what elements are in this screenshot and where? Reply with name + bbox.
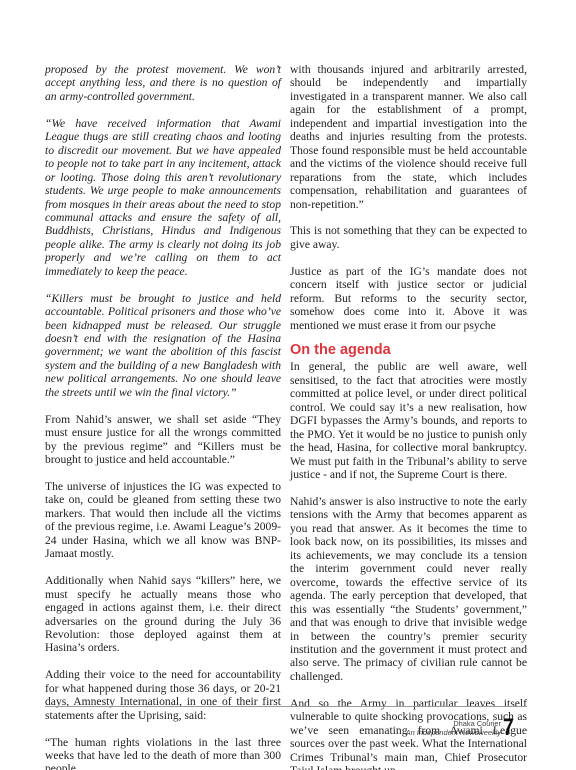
left-column: proposed by the protest movement. We won…	[45, 63, 281, 770]
paragraph: Adding their voice to the need for accou…	[45, 668, 281, 722]
paragraph: In general, the public are well aware, w…	[290, 360, 527, 481]
page-number: 7	[503, 715, 514, 741]
publication-name: Dhaka Courier	[406, 719, 501, 728]
paragraph: proposed by the protest movement. We won…	[45, 63, 281, 103]
paragraph: The universe of injustices the IG was ex…	[45, 480, 281, 561]
magazine-page: proposed by the protest movement. We won…	[0, 0, 576, 770]
paragraph: This is not something that they can be e…	[290, 224, 527, 251]
paragraph: Additionally when Nahid says “killers” h…	[45, 574, 281, 655]
footer-masthead: Dhaka Courier An Independent Newsweekly	[406, 719, 501, 737]
quote-paragraph: “We have received information that Awami…	[45, 117, 281, 278]
paragraph: Justice as part of the IG’s mandate does…	[290, 265, 527, 332]
paragraph: Nahid’s answer is also instructive to no…	[290, 495, 527, 683]
paragraph: From Nahid’s answer, we shall set aside …	[45, 413, 281, 467]
paragraph: with thousands injured and arbitrarily a…	[290, 63, 527, 211]
quote-paragraph: “The human rights violations in the last…	[45, 736, 281, 770]
section-heading: On the agenda	[290, 342, 527, 358]
publication-tagline: An Independent Newsweekly	[406, 728, 501, 737]
right-column: with thousands injured and arbitrarily a…	[290, 63, 527, 770]
quote-paragraph: “Killers must be brought to justice and …	[45, 292, 281, 400]
footer-divider	[45, 706, 527, 707]
